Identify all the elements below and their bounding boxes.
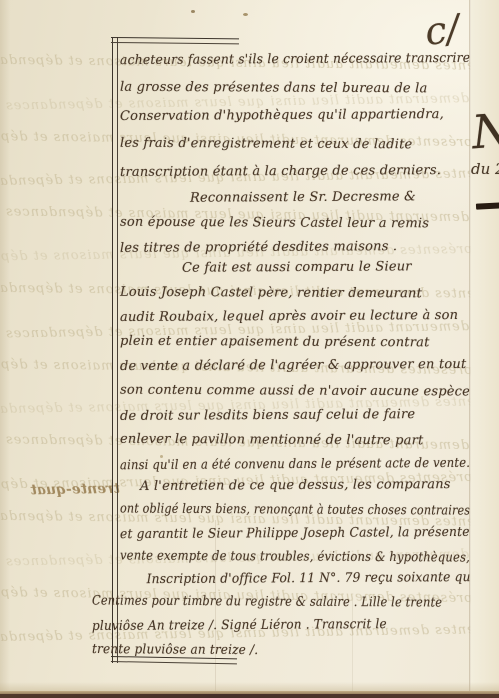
adjacent-page-flourish: N bbox=[470, 103, 499, 160]
manuscript-line: son contenu comme aussi de n'avoir aucun… bbox=[120, 379, 470, 404]
paragraph: Ce fait est aussi comparu le SieurLouis … bbox=[120, 256, 470, 477]
manuscript-line-text: les titres de propriété desdites maisons… bbox=[120, 239, 397, 256]
manuscript-line-text: ainsi qu'il en a été convenu dans le pré… bbox=[120, 456, 470, 473]
adjacent-page-date-fragment: du 2 bbox=[471, 160, 499, 178]
manuscript-line: vente exempte de tous troubles, éviction… bbox=[120, 545, 431, 569]
manuscript-line: et garantit le Sieur Philippe Joseph Cas… bbox=[120, 522, 450, 546]
page-paraph-mark: c/ bbox=[422, 6, 461, 54]
paper-edge-left bbox=[0, 0, 10, 698]
manuscript-line: Centimes pour timbre du registre & salai… bbox=[92, 590, 423, 614]
adjacent-page-ink-bar bbox=[476, 202, 499, 209]
manuscript-line: trente pluviôse an treize /. bbox=[92, 638, 442, 662]
manuscript-line-text: de droit sur lesdits biens sauf celui de… bbox=[120, 407, 415, 424]
manuscript-line-text: A l'entretien de ce que dessus, les comp… bbox=[140, 477, 451, 494]
manuscript-line-text: Reconnaissent le Sr. Decresme & bbox=[190, 189, 416, 205]
manuscript-line-text: audit Roubaix, lequel après avoir eu lec… bbox=[120, 308, 458, 325]
manuscript-line-text: de vente a déclaré de l'agréer & approuv… bbox=[120, 357, 466, 374]
manuscript-line: acheteurs fassent s'ils le croient néces… bbox=[120, 48, 453, 76]
manuscript-line: A l'entretien de ce que dessus, les comp… bbox=[120, 474, 470, 498]
manuscript-line-text: trente pluviôse an treize /. bbox=[92, 642, 258, 658]
adjacent-page-strip: N du 2 bbox=[471, 0, 499, 698]
paragraph: A l'entretien de ce que dessus, les comp… bbox=[120, 474, 470, 568]
manuscript-line-text: Conservation d'hypothèques qu'il apparti… bbox=[120, 107, 444, 124]
manuscript-page: aux présentes demeurant audit lieu ainsi… bbox=[0, 0, 499, 698]
ink-speck bbox=[243, 13, 248, 16]
verso-margin-note: trente-quat bbox=[0, 481, 120, 499]
manuscript-line: les frais d'enregistrement et ceux de la… bbox=[120, 132, 470, 160]
paragraph: Reconnaissent le Sr. Decresme &son épous… bbox=[120, 186, 470, 261]
manuscript-line-text: transcription étant à la charge de ces d… bbox=[120, 163, 441, 180]
manuscript-line: Reconnaissent le Sr. Decresme & bbox=[120, 186, 470, 211]
manuscript-line: la grosse des présentes dans tel bureau … bbox=[120, 76, 470, 104]
manuscript-line-text: vente exempte de tous troubles, éviction… bbox=[120, 549, 470, 566]
manuscript-line-text: son épouse que les Sieurs Castel leur a … bbox=[120, 215, 429, 232]
manuscript-line: de droit sur lesdits biens sauf celui de… bbox=[120, 404, 470, 429]
manuscript-line: Ce fait est aussi comparu le Sieur bbox=[120, 256, 470, 281]
ink-speck bbox=[191, 10, 195, 13]
manuscript-line: ont obligé leurs biens, renonçant à tout… bbox=[120, 498, 421, 522]
manuscript-line: enlever le pavillon mentionné de l'autre… bbox=[120, 428, 470, 453]
manuscript-line-text: acheteurs fassent s'ils le croient néces… bbox=[120, 51, 470, 68]
manuscript-line-text: ont obligé leurs biens, renonçant à tout… bbox=[120, 501, 470, 518]
manuscript-line-text: Louis Joseph Castel père, rentier demeur… bbox=[120, 284, 422, 301]
manuscript-line: son épouse que les Sieurs Castel leur a … bbox=[120, 211, 470, 236]
manuscript-line: Louis Joseph Castel père, rentier demeur… bbox=[120, 281, 470, 306]
manuscript-line-text: son contenu comme aussi de n'avoir aucun… bbox=[120, 383, 470, 400]
manuscript-line-text: la grosse des présentes dans tel bureau … bbox=[120, 80, 428, 97]
manuscript-line-text: Centimes pour timbre du registre & salai… bbox=[92, 594, 442, 611]
paragraph: acheteurs fassent s'ils le croient néces… bbox=[120, 48, 470, 188]
manuscript-line-text: enlever le pavillon mentionné de l'autre… bbox=[120, 432, 424, 449]
manuscript-line: de vente a déclaré de l'agréer & approuv… bbox=[120, 354, 470, 379]
manuscript-line: audit Roubaix, lequel après avoir eu lec… bbox=[120, 305, 470, 330]
manuscript-line-text: et garantit le Sieur Philippe Joseph Cas… bbox=[120, 524, 470, 541]
scan-background-strip bbox=[0, 694, 499, 698]
manuscript-line-text: les frais d'enregistrement et ceux de la… bbox=[120, 136, 412, 153]
manuscript-line: Conservation d'hypothèques qu'il apparti… bbox=[120, 104, 470, 132]
manuscript-line: plein et entier apaisement du présent co… bbox=[120, 330, 470, 355]
manuscript-line-text: plein et entier apaisement du présent co… bbox=[120, 333, 430, 350]
manuscript-line-text: Inscription d'office Fol. 11 N°. 79 reçu… bbox=[147, 570, 497, 587]
manuscript-line: Inscription d'office Fol. 11 N°. 79 reçu… bbox=[92, 567, 448, 591]
manuscript-line: transcription étant à la charge de ces d… bbox=[120, 160, 470, 188]
manuscript-line-text: pluviôse An treize /. Signé Liéron . Tra… bbox=[92, 617, 387, 634]
manuscript-text-block: acheteurs fassent s'ils le croient néces… bbox=[120, 48, 470, 661]
manuscript-line: pluviôse An treize /. Signé Liéron . Tra… bbox=[92, 614, 442, 638]
manuscript-line-text: Ce fait est aussi comparu le Sieur bbox=[182, 259, 412, 275]
paragraph: Inscription d'office Fol. 11 N°. 79 reçu… bbox=[92, 567, 470, 661]
